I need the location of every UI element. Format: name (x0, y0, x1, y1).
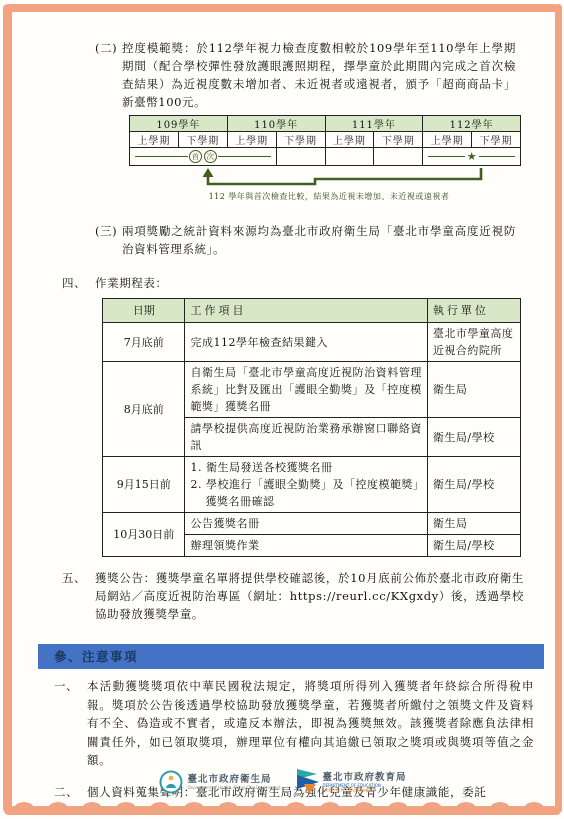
semester-table: 109學年 110學年 111學年 112學年 上學期 下學期 上學期 下學期 … (129, 115, 521, 166)
paragraph-label: 一、 (54, 677, 78, 696)
paragraph-label: 四、 (62, 274, 86, 292)
paragraph-award-control: (二) 控度模範獎：於112學年視力檢查度數相較於109學年至110學年上學期期… (95, 39, 516, 111)
paragraph-text: 作業期程表： (95, 276, 168, 290)
table-row: 10月30日前 公告獲獎名冊 衛生局 (103, 513, 521, 535)
heading-schedule: 四、 作業期程表： (62, 274, 532, 292)
health-bureau-logo: 臺北市政府衛生局 Department of Health, Taipei Ci… (159, 770, 280, 794)
unit-cell: 衛生局/學校 (427, 457, 520, 513)
schedule-table: 日期 工作項目 執行單位 7月底前 完成112學年檢查結果鍵入 臺北市學童高度近… (102, 298, 521, 557)
semester-cell: 下學期 (374, 132, 423, 148)
table-row: 8月底前 自衛生局「臺北市學童高度近視防治資料管理系統」比對及匯出「護眼全勤獎」… (103, 362, 521, 418)
column-header-date: 日期 (103, 299, 185, 323)
page-border-right (555, 4, 562, 813)
paragraph-label: (二) (95, 39, 117, 57)
comparison-caption: 112 學年與首次檢查比較，結果為近視未增加、未近視或遠視者 (154, 191, 504, 202)
timeline-segment (218, 156, 271, 157)
timeline-segment (479, 156, 515, 157)
unit-cell: 衛生局/學校 (427, 535, 520, 557)
semester-cell: 上學期 (325, 132, 374, 148)
empty-cell (276, 148, 325, 166)
current-check-span-cell: ★ (423, 148, 521, 166)
year-header: 110學年 (227, 116, 325, 132)
first-check-badge: 次 (204, 150, 217, 163)
timeline-segment (428, 156, 464, 157)
unit-cell: 衛生局 (427, 513, 520, 535)
education-bureau-logo: 臺北市政府教育局 DEPARTMENT OF EDUCATION TAIPEI … (295, 769, 407, 795)
education-bureau-subtitle-2: TAIPEI CITY GOVERNMENT (323, 788, 407, 793)
comparison-arrow-icon (129, 167, 521, 191)
education-bureau-name: 臺北市政府教育局 (323, 772, 407, 783)
paragraph-data-source: (三) 兩項獎勵之統計資料來源均為臺北市政府衛生局「臺北市學童高度近視防治資料管… (95, 222, 516, 258)
health-bureau-seal-icon (159, 770, 183, 794)
table-row: 9月15日前 1. 衛生局發送各校獲獎名冊 2. 學校進行「護眼全勤獎」及「控度… (103, 457, 521, 513)
empty-cell (374, 148, 423, 166)
footer-logos: 臺北市政府衛生局 Department of Health, Taipei Ci… (14, 769, 552, 795)
first-check-badge: 首 (189, 150, 202, 163)
date-cell: 9月15日前 (103, 457, 185, 513)
date-cell: 10月30日前 (103, 513, 185, 557)
semester-cell: 下學期 (276, 132, 325, 148)
health-bureau-name: 臺北市政府衛生局 (187, 774, 280, 785)
page-border-left (3, 4, 12, 813)
paragraph-text: 控度模範獎：於112學年視力檢查度數相較於109學年至110學年上學期期間（配合… (122, 41, 516, 109)
table-row: 7月底前 完成112學年檢查結果鍵入 臺北市學童高度近視合約院所 (103, 323, 521, 362)
page-content: (二) 控度模範獎：於112學年視力檢查度數相較於109學年至110學年上學期期… (14, 13, 552, 803)
comparison-arrow-block: 112 學年與首次檢查比較，結果為近視未增加、未近視或遠視者 (129, 166, 521, 210)
semester-table-block: 109學年 110學年 111學年 112學年 上學期 下學期 上學期 下學期 … (129, 115, 521, 210)
unit-cell: 衛生局/學校 (427, 418, 520, 457)
column-header-unit: 執行單位 (427, 299, 520, 323)
paragraph-text: 兩項獎勵之統計資料來源均為臺北市政府衛生局「臺北市學童高度近視防治資料管理系統」… (122, 224, 516, 256)
column-header-task: 工作項目 (185, 299, 427, 323)
paragraph-award-announcement: 五、 獲獎公告：獲獎學童名單將提供學校確認後，於10月底前公佈於臺北市政府衛生局… (62, 569, 524, 623)
paragraph-label: (三) (95, 222, 117, 240)
semester-cell: 上學期 (423, 132, 472, 148)
task-cell: 請學校提供高度近視防治業務承辦窗口聯絡資訊 (185, 418, 427, 457)
semester-table-year-row: 109學年 110學年 111學年 112學年 (130, 116, 521, 132)
date-cell: 8月底前 (103, 362, 185, 457)
schedule-header-row: 日期 工作項目 執行單位 (103, 299, 521, 323)
semester-cell: 上學期 (227, 132, 276, 148)
task-cell: 完成112學年檢查結果鍵入 (185, 323, 427, 362)
semester-table-semester-row: 上學期 下學期 上學期 下學期 上學期 下學期 上學期 下學期 (130, 132, 521, 148)
paragraph-label: 五、 (62, 569, 86, 587)
paragraph-notice-tax: 一、 本活動獲獎獎項依中華民國稅法規定，將獎項所得列入獲獎者年終綜合所得稅申報。… (54, 677, 534, 770)
paragraph-text: 獲獎公告：獲獎學童名單將提供學校確認後，於10月底前公佈於臺北市政府衛生局網站／… (95, 571, 524, 621)
year-header: 111學年 (325, 116, 423, 132)
education-bureau-mark-icon (295, 769, 319, 795)
timeline-segment (135, 156, 188, 157)
paragraph-text: 本活動獲獎獎項依中華民國稅法規定，將獎項所得列入獲獎者年終綜合所得稅申報。獎項於… (87, 679, 534, 767)
date-cell: 7月底前 (103, 323, 185, 362)
star-icon: ★ (465, 151, 479, 162)
task-line: 2. 學校進行「護眼全勤獎」及「控度模範獎」獲獎名冊確認 (190, 476, 421, 510)
year-header: 112學年 (423, 116, 521, 132)
first-check-span-cell: 首 次 (130, 148, 277, 166)
task-cell: 公告獲獎名冊 (185, 513, 427, 535)
semester-cell: 下學期 (472, 132, 521, 148)
semester-cell: 上學期 (130, 132, 179, 148)
semester-table-marks-row: 首 次 ★ (130, 148, 521, 166)
task-cell: 自衛生局「臺北市學童高度近視防治資料管理系統」比對及匯出「護眼全勤獎」及「控度模… (185, 362, 427, 418)
notice-section-header: 參、注意事項 (38, 644, 544, 669)
task-cell: 1. 衛生局發送各校獲獎名冊 2. 學校進行「護眼全勤獎」及「控度模範獎」獲獎名… (185, 457, 427, 513)
task-cell: 辦理領獎作業 (185, 535, 427, 557)
health-bureau-subtitle: Department of Health, Taipei City Govern… (187, 785, 280, 790)
page-border-top (5, 4, 560, 12)
unit-cell: 衛生局 (427, 362, 520, 418)
empty-cell (325, 148, 374, 166)
document-page: (二) 控度模範獎：於112學年視力檢查度數相較於109學年至110學年上學期期… (0, 0, 564, 819)
semester-cell: 下學期 (178, 132, 227, 148)
task-line: 1. 衛生局發送各校獲獎名冊 (190, 459, 421, 476)
unit-cell: 臺北市學童高度近視合約院所 (427, 323, 520, 362)
year-header: 109學年 (130, 116, 228, 132)
